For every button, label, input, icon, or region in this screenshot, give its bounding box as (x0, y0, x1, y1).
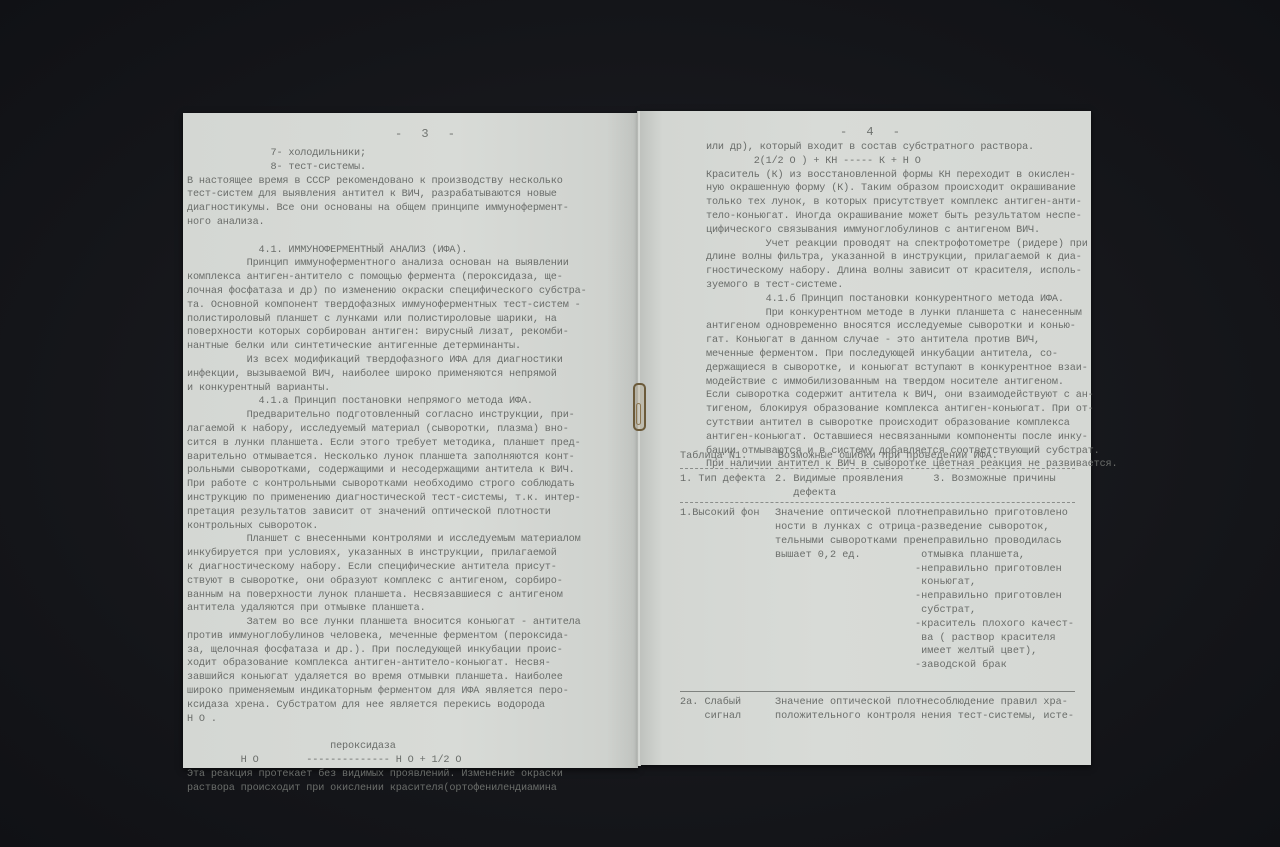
text-line: завшийся коньюгат удаляется во время отм… (187, 671, 587, 685)
text-line: ходит образование комплекса антиген-анти… (187, 657, 587, 671)
text-line: гностическому набору. Длина волны зависи… (706, 265, 1117, 279)
table-rule-top (680, 468, 1075, 469)
right-page-body: или др), который входит в состав субстра… (706, 141, 1117, 472)
text-line: ного анализа. (187, 216, 587, 230)
text-line: Н О -------------- Н О + 1/2 О (187, 754, 587, 768)
text-line: 8- тест-системы. (187, 161, 587, 175)
text-line: тело-коньюгат. Иногда окрашивание может … (706, 210, 1117, 224)
text-line: против иммуноглобулинов человека, меченн… (187, 630, 587, 644)
staple-icon (633, 383, 646, 431)
table-rule-header (680, 502, 1075, 503)
text-line: цифического связывания иммуноглобулинов … (706, 224, 1117, 238)
text-line: лочная фосфатаза и др) по изменению окра… (187, 285, 587, 299)
table-row: 1.Высокий фонЗначение оптической плот-но… (680, 507, 1075, 673)
text-line: 7- холодильники; (187, 147, 587, 161)
text-line: диагностикумы. Все они основаны на общем… (187, 202, 587, 216)
text-line: к диагностическому набору. Если специфич… (187, 561, 587, 575)
text-line: гат. Коньюгат в данном случае - это анти… (706, 334, 1117, 348)
text-line: зуемого в тест-системе. (706, 279, 1117, 293)
text-line: Учет реакции проводят на спектрофотометр… (706, 238, 1117, 252)
table-row: 2а. Слабый сигналЗначение оптической пло… (680, 696, 1075, 724)
right-page: - 4 - или др), который входит в состав с… (640, 111, 1091, 765)
table-cell: 2а. Слабый сигнал (680, 696, 775, 724)
text-line: Краситель (К) из восстановленной формы К… (706, 169, 1117, 183)
text-line: ванным на поверхности лунок планшета. Не… (187, 589, 587, 603)
table-row-divider (680, 691, 1075, 692)
text-line (187, 230, 587, 244)
text-line: Если сыворотка содержит антитела к ВИЧ, … (706, 389, 1117, 403)
left-page-body: 7- холодильники; 8- тест-системы.В насто… (187, 147, 587, 795)
text-line: Планшет с внесенными контролями и исслед… (187, 533, 587, 547)
text-line: Эта реакция протекает без видимых проявл… (187, 768, 587, 782)
text-line: Н О . (187, 713, 587, 727)
left-page: - 3 - 7- холодильники; 8- тест-системы.В… (183, 113, 638, 768)
text-line: инструкцию по применению диагностической… (187, 492, 587, 506)
text-line (187, 726, 587, 740)
text-line: меченные ферментом. При последующей инку… (706, 348, 1117, 362)
text-line: сутствии антител в сыворотке происходит … (706, 417, 1117, 431)
table-cell: Значение оптической плот-положительного … (775, 696, 915, 724)
left-page-number: - 3 - (395, 127, 461, 141)
text-line: 2(1/2 О ) + КН ----- К + Н О (706, 155, 1117, 169)
text-line: та. Основной компонент твердофазных имму… (187, 299, 587, 313)
text-line: Затем во все лунки планшета вносится кон… (187, 616, 587, 630)
table-header-cell: 2. Видимые проявления дефекта (775, 473, 915, 501)
table-header-cell: 3. Возможные причины (915, 473, 1075, 501)
text-line: или др), который входит в состав субстра… (706, 141, 1117, 155)
table-caption: Таблица N1. Возможные ошибки при проведе… (680, 450, 1075, 464)
text-line: антитела удаляются при отмывке планшета. (187, 602, 587, 616)
text-line: При работе с контрольными сыворотками не… (187, 478, 587, 492)
text-line: инкубируется при условиях, указанных в и… (187, 547, 587, 561)
text-line: ную окрашенную форму (К). Таким образом … (706, 182, 1117, 196)
text-line: 4.1. ИММУНОФЕРМЕНТНЫЙ АНАЛИЗ (ИФА). (187, 244, 587, 258)
text-line: пероксидаза (187, 740, 587, 754)
table-header-cell: 1. Тип дефекта (680, 473, 775, 501)
text-line: контрольных сывороток. (187, 520, 587, 534)
table-cell: -несоблюдение правил хра- нения тест-сис… (915, 696, 1075, 724)
text-line: рольными сыворотками, содержащими и несо… (187, 464, 587, 478)
text-line: антигеном одновременно вносятся исследуе… (706, 320, 1117, 334)
text-line: длине волны фильтра, указанной в инструк… (706, 251, 1117, 265)
text-line: модействие с иммобилизованным на твердом… (706, 376, 1117, 390)
text-line: В настоящее время в СССР рекомендовано к… (187, 175, 587, 189)
text-line: ствуют в сыворотке, они образуют комплек… (187, 575, 587, 589)
text-line: широко применяемым индикаторным ферменто… (187, 685, 587, 699)
errors-table: Таблица N1. Возможные ошибки при проведе… (680, 450, 1075, 724)
text-line: тигеном, блокируя образование комплекса … (706, 403, 1117, 417)
text-line: раствора происходит при окислении красит… (187, 782, 587, 796)
book-spine (637, 111, 641, 766)
text-line: поверхности которых сорбирован антиген: … (187, 326, 587, 340)
text-line: лагаемой к набору, исследуемый материал … (187, 423, 587, 437)
table-cell: -неправильно приготовлено разведение сыв… (915, 507, 1075, 673)
table-cell: 1.Высокий фон (680, 507, 775, 673)
text-line: сится в лунки планшета. Если этого требу… (187, 437, 587, 451)
text-line: только тех лунок, в которых присутствует… (706, 196, 1117, 210)
text-line: держащиеся в сыворотке, и коньюгат вступ… (706, 362, 1117, 376)
table-cell: Значение оптической плот-ности в лунках … (775, 507, 915, 673)
table-body: 1.Высокий фонЗначение оптической плот-но… (680, 507, 1075, 723)
text-line: инфекции, вызываемой ВИЧ, наиболее широк… (187, 368, 587, 382)
text-line: Принцип иммуноферментного анализа основа… (187, 257, 587, 271)
text-line: претация результатов зависит от значений… (187, 506, 587, 520)
text-line: и конкурентный варианты. (187, 382, 587, 396)
text-line: Предварительно подготовленный согласно и… (187, 409, 587, 423)
text-line: 4.1.а Принцип постановки непрямого метод… (187, 395, 587, 409)
text-line: варительно отмывается. Несколько лунок п… (187, 451, 587, 465)
text-line: тест-систем для выявления антител к ВИЧ,… (187, 188, 587, 202)
text-line: Из всех модификаций твердофазного ИФА дл… (187, 354, 587, 368)
text-line: нантные белки или синтетические антигенн… (187, 340, 587, 354)
right-page-number: - 4 - (840, 125, 906, 139)
text-line: комплекса антиген-антитело с помощью фер… (187, 271, 587, 285)
text-line: ксидаза хрена. Субстратом для нее являет… (187, 699, 587, 713)
text-line: за, щелочная фосфатаза и др.). При после… (187, 644, 587, 658)
text-line: антиген-коньюгат. Оставшиеся несвязанным… (706, 431, 1117, 445)
text-line: 4.1.б Принцип постановки конкурентного м… (706, 293, 1117, 307)
table-header-row: 1. Тип дефекта2. Видимые проявления дефе… (680, 473, 1075, 501)
text-line: полистироловый планшет с лунками или пол… (187, 313, 587, 327)
text-line: При конкурентном методе в лунки планшета… (706, 307, 1117, 321)
